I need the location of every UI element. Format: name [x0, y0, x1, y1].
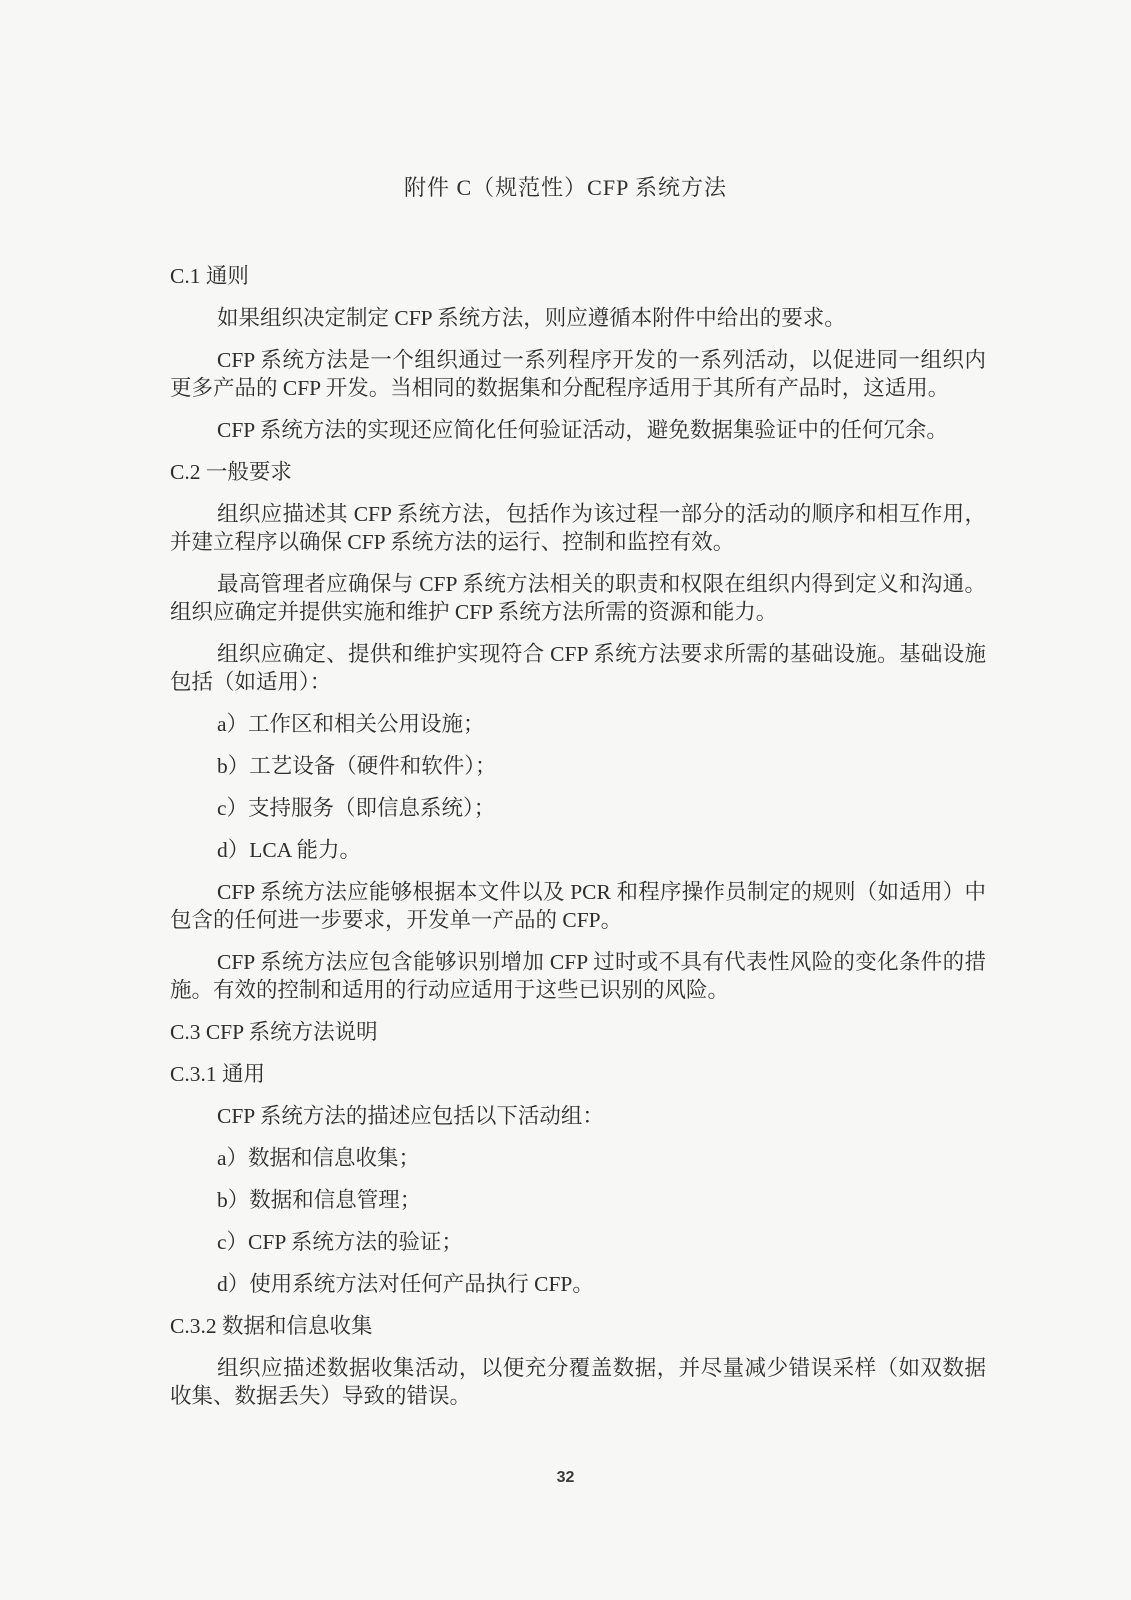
section-heading-c31: C.3.1 通用	[170, 1060, 986, 1088]
paragraph: CFP 系统方法的描述应包括以下活动组：	[170, 1102, 986, 1130]
paragraph: CFP 系统方法应能够根据本文件以及 PCR 和程序操作员制定的规则（如适用）中…	[170, 878, 986, 934]
section-heading-c1: C.1 通则	[170, 262, 986, 290]
list-item: c）支持服务（即信息系统）；	[170, 794, 986, 822]
section-heading-c2: C.2 一般要求	[170, 458, 986, 486]
section-heading-c32: C.3.2 数据和信息收集	[170, 1312, 986, 1340]
paragraph: 组织应确定、提供和维护实现符合 CFP 系统方法要求所需的基础设施。基础设施包括…	[170, 640, 986, 696]
list-item: d）LCA 能力。	[170, 836, 986, 864]
list-item: d）使用系统方法对任何产品执行 CFP。	[170, 1270, 986, 1298]
paragraph: 如果组织决定制定 CFP 系统方法，则应遵循本附件中给出的要求。	[170, 304, 986, 332]
document-page: 附件 C（规范性）CFP 系统方法 C.1 通则 如果组织决定制定 CFP 系统…	[0, 0, 1131, 1600]
list-item: a）工作区和相关公用设施；	[170, 710, 986, 738]
list-item: a）数据和信息收集；	[170, 1144, 986, 1172]
paragraph: CFP 系统方法应包含能够识别增加 CFP 过时或不具有代表性风险的变化条件的措…	[170, 948, 986, 1004]
document-body: C.1 通则 如果组织决定制定 CFP 系统方法，则应遵循本附件中给出的要求。 …	[170, 262, 986, 1410]
list-item: c）CFP 系统方法的验证；	[170, 1228, 986, 1256]
annex-title: 附件 C（规范性）CFP 系统方法	[0, 0, 1131, 204]
paragraph: CFP 系统方法的实现还应简化任何验证活动，避免数据集验证中的任何冗余。	[170, 416, 986, 444]
paragraph: CFP 系统方法是一个组织通过一系列程序开发的一系列活动，以促进同一组织内更多产…	[170, 346, 986, 402]
paragraph: 最高管理者应确保与 CFP 系统方法相关的职责和权限在组织内得到定义和沟通。组织…	[170, 570, 986, 626]
list-item: b）工艺设备（硬件和软件）；	[170, 752, 986, 780]
paragraph: 组织应描述其 CFP 系统方法，包括作为该过程一部分的活动的顺序和相互作用，并建…	[170, 500, 986, 556]
paragraph: 组织应描述数据收集活动，以便充分覆盖数据，并尽量减少错误采样（如双数据收集、数据…	[170, 1354, 986, 1410]
list-item: b）数据和信息管理；	[170, 1186, 986, 1214]
section-heading-c3: C.3 CFP 系统方法说明	[170, 1018, 986, 1046]
page-number: 32	[0, 1468, 1131, 1488]
